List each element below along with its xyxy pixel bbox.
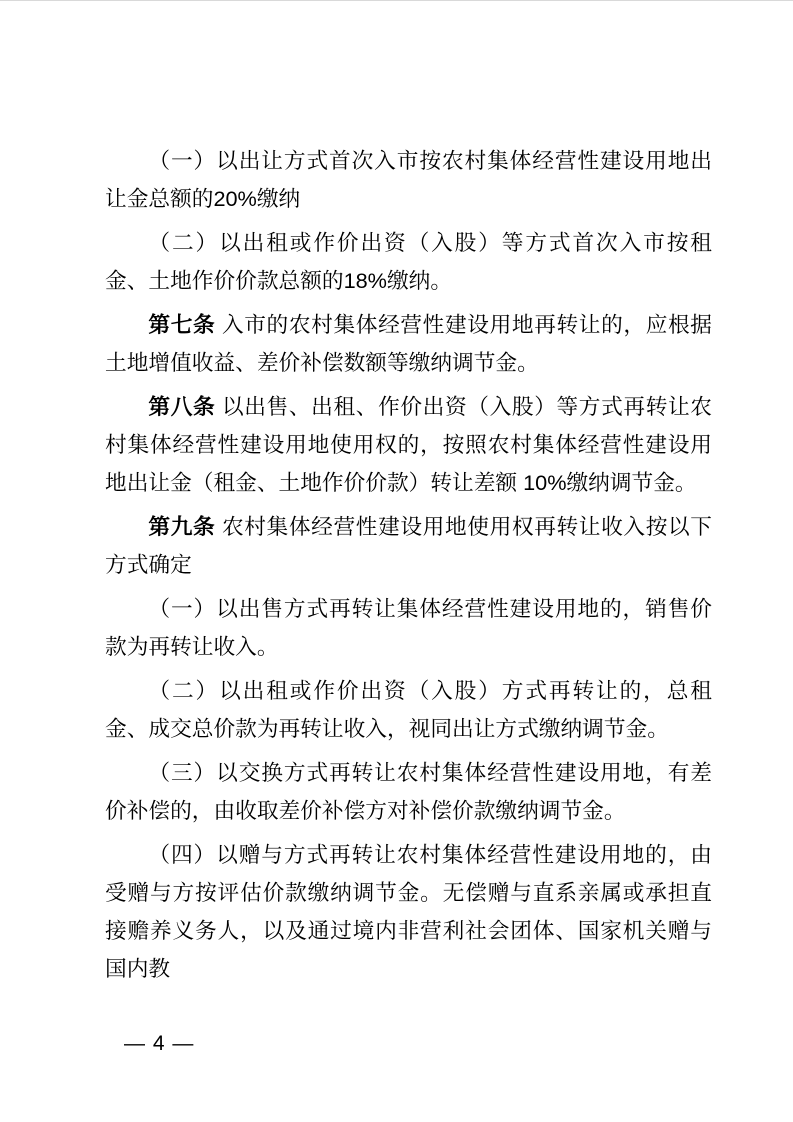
- paragraph: （一）以出售方式再转让集体经营性建设用地的，销售价款为再转让收入。: [105, 590, 712, 666]
- paragraph: 第九条 农村集体经营性建设用地使用权再转让收入按以下方式确定: [105, 508, 712, 584]
- paragraph: （二）以出租或作价出资（入股）方式再转让的，总租金、成交总价款为再转让收入，视同…: [105, 672, 712, 748]
- paragraph-text: （三）以交换方式再转让农村集体经营性建设用地，有差价补偿的，由收取差价补偿方对补…: [105, 760, 712, 823]
- article-number: 第九条: [148, 514, 215, 539]
- page-top-edge-line: [0, 0, 793, 1]
- document-page: （一）以出让方式首次入市按农村集体经营性建设用地出让金总额的20%缴纳 （二）以…: [0, 0, 793, 1122]
- paragraph: （一）以出让方式首次入市按农村集体经营性建设用地出让金总额的20%缴纳: [105, 142, 712, 218]
- paragraph-text: （二）以出租或作价出资（入股）等方式首次入市按租金、土地作价价款总额的18%缴纳…: [105, 230, 712, 293]
- paragraph: 第八条 以出售、出租、作价出资（入股）等方式再转让农村集体经营性建设用地使用权的…: [105, 388, 712, 502]
- paragraph-text: （四）以赠与方式再转让农村集体经营性建设用地的，由受赠与方按评估价款缴纳调节金。…: [105, 842, 712, 981]
- article-number: 第七条: [148, 312, 215, 337]
- document-body: （一）以出让方式首次入市按农村集体经营性建设用地出让金总额的20%缴纳 （二）以…: [105, 142, 712, 994]
- paragraph: 第七条 入市的农村集体经营性建设用地再转让的，应根据土地增值收益、差价补偿数额等…: [105, 306, 712, 382]
- paragraph: （二）以出租或作价出资（入股）等方式首次入市按租金、土地作价价款总额的18%缴纳…: [105, 224, 712, 300]
- page-number: — 4 —: [124, 1033, 194, 1055]
- paragraph: （四）以赠与方式再转让农村集体经营性建设用地的，由受赠与方按评估价款缴纳调节金。…: [105, 836, 712, 988]
- paragraph-text: （二）以出租或作价出资（入股）方式再转让的，总租金、成交总价款为再转让收入，视同…: [105, 678, 712, 741]
- paragraph: （三）以交换方式再转让农村集体经营性建设用地，有差价补偿的，由收取差价补偿方对补…: [105, 754, 712, 830]
- paragraph-text: （一）以出售方式再转让集体经营性建设用地的，销售价款为再转让收入。: [105, 596, 712, 659]
- article-number: 第八条: [148, 394, 215, 419]
- paragraph-text: （一）以出让方式首次入市按农村集体经营性建设用地出让金总额的20%缴纳: [105, 148, 712, 211]
